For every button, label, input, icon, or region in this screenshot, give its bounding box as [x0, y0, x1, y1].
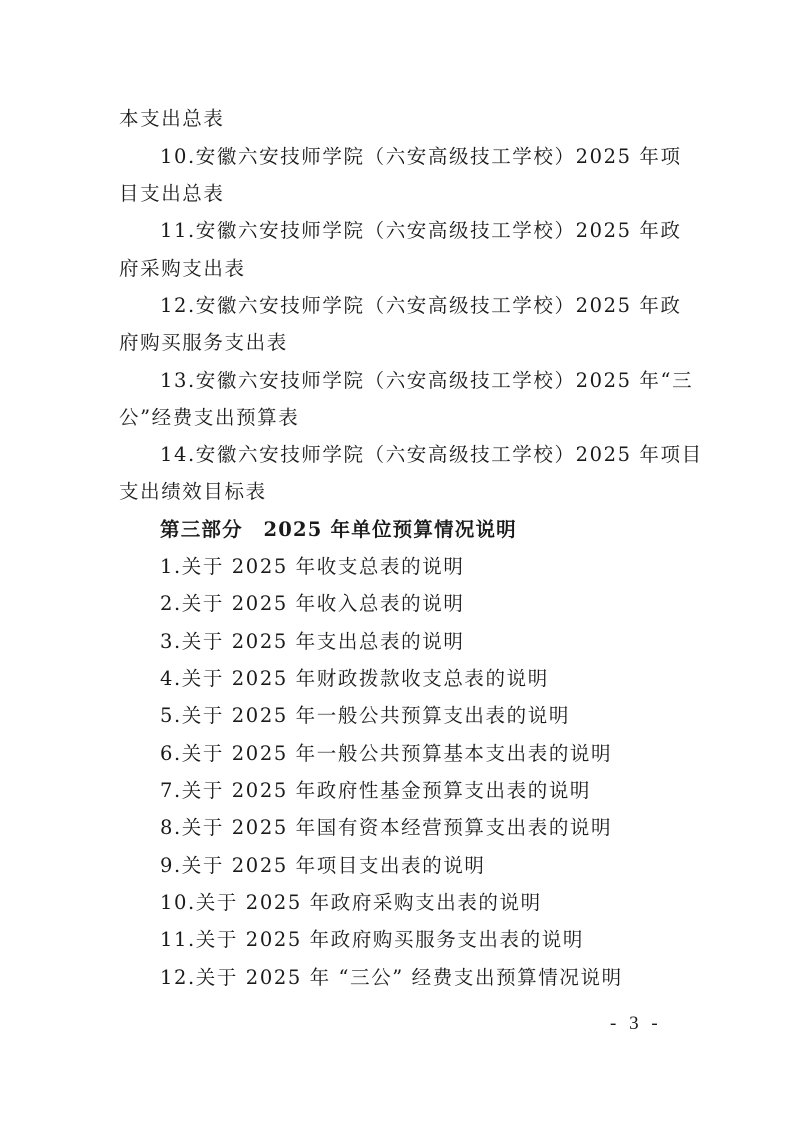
toc-item-10: 10.安徽六安技师学院（六安高级技工学校）2025 年项	[0, 138, 793, 175]
toc-item-13: 13.安徽六安技师学院（六安高级技工学校）2025 年“三	[0, 362, 793, 399]
section-item-11: 11.关于 2025 年政府购买服务支出表的说明	[0, 921, 793, 958]
section-item-1: 1.关于 2025 年收支总表的说明	[0, 548, 793, 585]
document-page: 本支出总表 10.安徽六安技师学院（六安高级技工学校）2025 年项 目支出总表…	[0, 0, 793, 1122]
toc-line-continuation: 本支出总表	[0, 100, 793, 137]
toc-line-continuation: 府采购支出表	[0, 250, 793, 287]
section-item-10: 10.关于 2025 年政府采购支出表的说明	[0, 884, 793, 921]
section-item-2: 2.关于 2025 年收入总表的说明	[0, 585, 793, 622]
section-item-3: 3.关于 2025 年支出总表的说明	[0, 623, 793, 660]
toc-item-11: 11.安徽六安技师学院（六安高级技工学校）2025 年政	[0, 212, 793, 249]
section-item-5: 5.关于 2025 年一般公共预算支出表的说明	[0, 697, 793, 734]
page-number: - 3 -	[610, 1013, 662, 1035]
toc-line-continuation: 目支出总表	[0, 175, 793, 212]
toc-line-continuation: 公”经费支出预算表	[0, 399, 793, 436]
section-item-6: 6.关于 2025 年一般公共预算基本支出表的说明	[0, 735, 793, 772]
toc-item-12: 12.安徽六安技师学院（六安高级技工学校）2025 年政	[0, 287, 793, 324]
section-item-9: 9.关于 2025 年项目支出表的说明	[0, 847, 793, 884]
toc-line-continuation: 支出绩效目标表	[0, 473, 793, 510]
section-heading: 第三部分 2025 年单位预算情况说明	[0, 511, 793, 548]
section-item-12: 12.关于 2025 年 “三公” 经费支出预算情况说明	[0, 959, 793, 996]
toc-line-continuation: 府购买服务支出表	[0, 324, 793, 361]
section-item-4: 4.关于 2025 年财政拨款收支总表的说明	[0, 660, 793, 697]
section-item-8: 8.关于 2025 年国有资本经营预算支出表的说明	[0, 809, 793, 846]
section-item-7: 7.关于 2025 年政府性基金预算支出表的说明	[0, 772, 793, 809]
toc-item-14: 14.安徽六安技师学院（六安高级技工学校）2025 年项目	[0, 436, 793, 473]
